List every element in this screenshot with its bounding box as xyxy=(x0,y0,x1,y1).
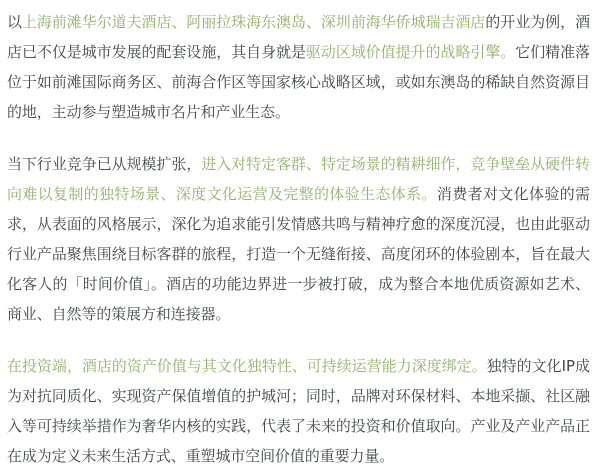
paragraph: 在投资端，酒店的资产价值与其文化独特性、可持续运营能力深度绑定。独特的文化IP成… xyxy=(7,351,590,471)
paragraph: 以上海前滩华尔道夫酒店、阿丽拉珠海东澳岛、深圳前海华侨城瑞吉酒店的开业为例，酒店… xyxy=(7,7,590,127)
text-segment: 消费者对文化体验的需求，从表面的风格展示，深化为追求能引发情感共鸣与精神疗愈的深… xyxy=(7,185,590,323)
paragraph: 当下行业竞争已从规模扩张，进入对特定客群、特定场景的精耕细作，竞争壁垒从硬件转向… xyxy=(7,149,590,329)
text-segment: 当下行业竞争已从规模扩张， xyxy=(7,155,201,173)
text-segment: 上海前滩华尔道夫酒店、阿丽拉珠海东澳岛、深圳前海华侨城瑞吉酒店 xyxy=(22,13,485,31)
article-body: 以上海前滩华尔道夫酒店、阿丽拉珠海东澳岛、深圳前海华侨城瑞吉酒店的开业为例，酒店… xyxy=(0,0,597,471)
text-segment: 以 xyxy=(7,13,22,31)
text-segment: 在投资端，酒店的资产价值与其文化独特性、可持续运营能力深度绑定。 xyxy=(7,357,487,375)
text-segment: 驱动区域价值提升的战略引擎。 xyxy=(306,43,515,61)
